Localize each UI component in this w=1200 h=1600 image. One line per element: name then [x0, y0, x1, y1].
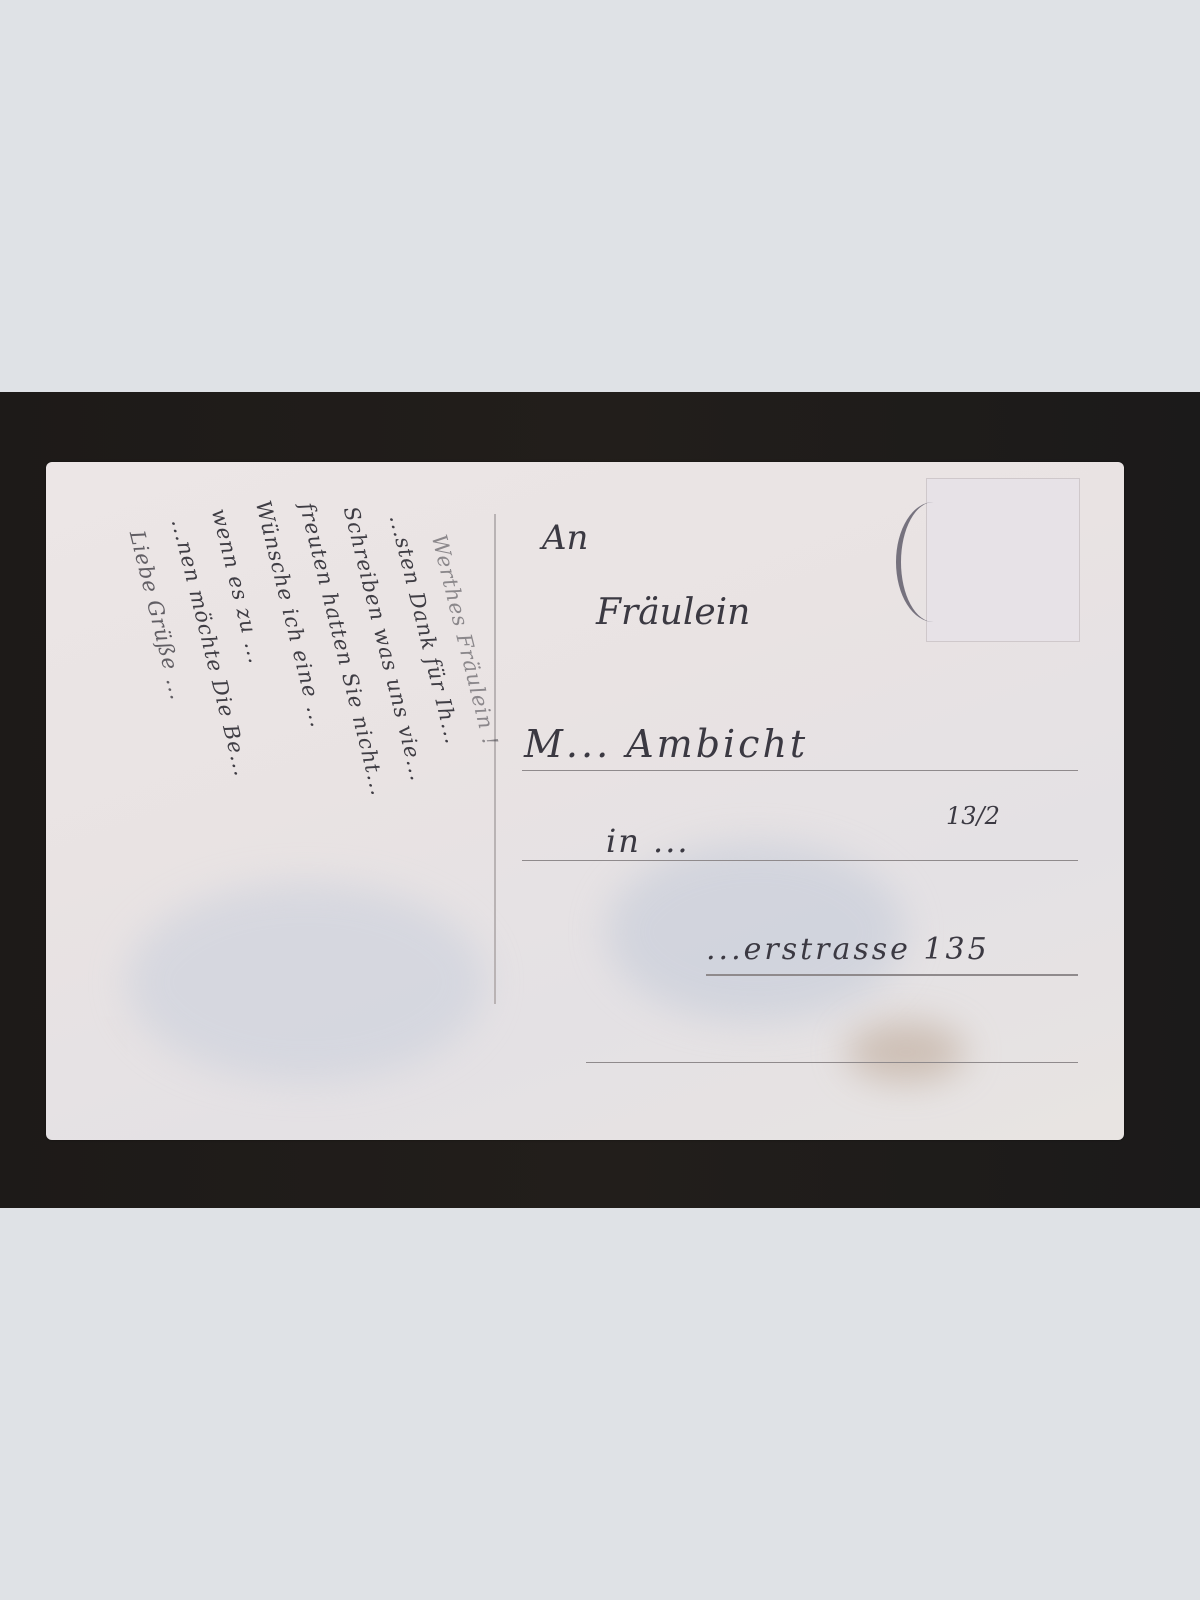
address-city: in ...: [606, 822, 690, 860]
address-line: [706, 974, 1078, 976]
water-stain: [846, 1022, 966, 1082]
address-street: ...erstrasse 135: [706, 932, 990, 967]
address-salutation: An: [542, 518, 588, 558]
center-divider: [494, 514, 496, 1004]
postmark-arc: [896, 502, 971, 622]
address-name: M... Ambicht: [524, 722, 808, 766]
address-title: Fräulein: [596, 592, 750, 633]
postcard: An Fräulein M... Ambicht in ... 13/2 ...…: [46, 462, 1124, 1140]
handwritten-message: Werthes Fräulein ! ...sten Dank für Ih..…: [106, 492, 486, 1112]
address-line: [522, 770, 1078, 771]
address-line: [586, 1062, 1078, 1063]
address-line: [522, 860, 1078, 861]
address-house-fraction: 13/2: [946, 802, 1000, 830]
